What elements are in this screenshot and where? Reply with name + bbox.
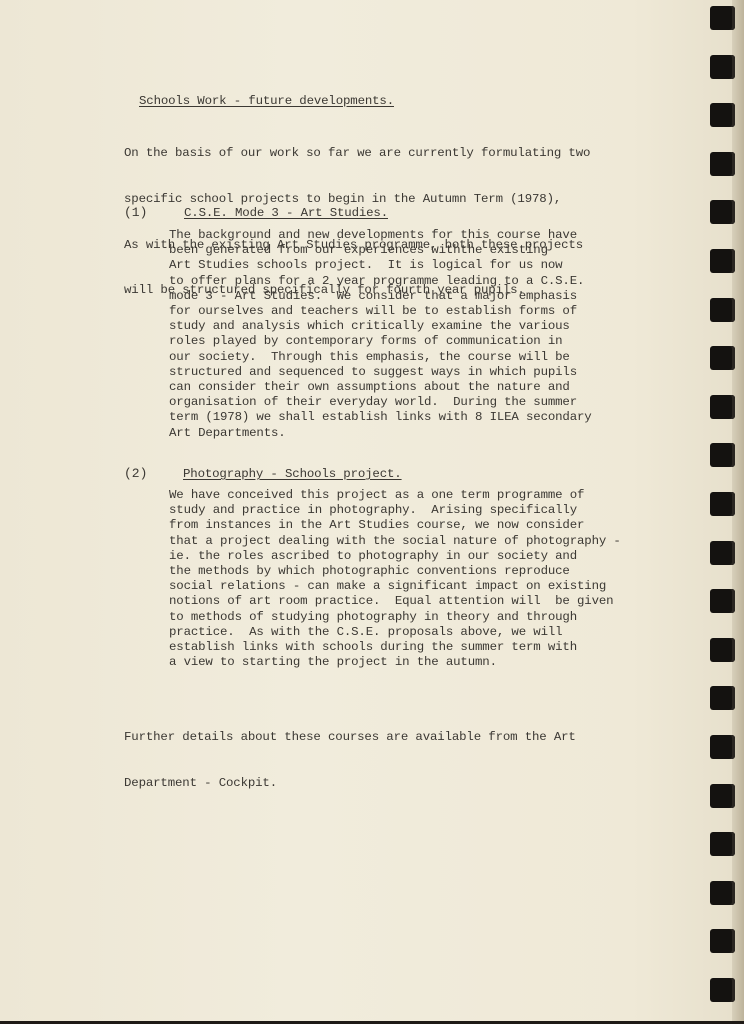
section-line: structured and sequenced to suggest ways…: [169, 365, 592, 380]
binding-hole: [710, 249, 735, 273]
binding-hole: [710, 492, 735, 516]
section-line: mode 3 - Art Studies. We consider that a…: [169, 289, 592, 304]
binding-hole: [710, 541, 735, 565]
section-line: study and analysis which critically exam…: [169, 319, 592, 334]
intro-line: specific school projects to begin in the…: [124, 192, 590, 207]
binding-hole: [710, 638, 735, 662]
section-line: organisation of their everyday world. Du…: [169, 395, 592, 410]
section-line: from instances in the Art Studies course…: [169, 518, 621, 533]
binding-hole: [710, 298, 735, 322]
section-line: notions of art room practice. Equal atte…: [169, 594, 621, 609]
binding-hole: [710, 784, 735, 808]
binding-hole: [710, 978, 735, 1002]
binding-hole: [710, 103, 735, 127]
section-title: Photography - Schools project.: [183, 467, 402, 482]
section-line: roles played by contemporary forms of co…: [169, 334, 592, 349]
section-line: to methods of studying photography in th…: [169, 610, 621, 625]
section-line: can consider their own assumptions about…: [169, 380, 592, 395]
section-line: establish links with schools during the …: [169, 640, 621, 655]
binding-hole: [710, 735, 735, 759]
section-line: practice. As with the C.S.E. proposals a…: [169, 625, 621, 640]
section-number: (2): [124, 466, 147, 481]
section-body: The background and new developments for …: [169, 228, 592, 441]
binding-hole: [710, 589, 735, 613]
section-line: a view to starting the project in the au…: [169, 655, 621, 670]
page-heading: Schools Work - future developments.: [139, 94, 394, 109]
section-line: for ourselves and teachers will be to es…: [169, 304, 592, 319]
binding-hole: [710, 686, 735, 710]
section-line: study and practice in photography. Arisi…: [169, 503, 621, 518]
binding-hole: [710, 6, 735, 30]
section-number: (1): [124, 205, 147, 220]
section-title: C.S.E. Mode 3 - Art Studies.: [184, 206, 388, 221]
binding-hole: [710, 55, 735, 79]
section-line: We have conceived this project as a one …: [169, 488, 621, 503]
section-line: Art Departments.: [169, 426, 592, 441]
section-line: to offer plans for a 2 year programme le…: [169, 274, 592, 289]
section-line: Art Studies schools project. It is logic…: [169, 258, 592, 273]
document-page: Schools Work - future developments. On t…: [0, 0, 744, 1024]
closing-paragraph: Further details about these courses are …: [124, 700, 576, 822]
section-line: that a project dealing with the social n…: [169, 534, 621, 549]
section-line: ie. the roles ascribed to photography in…: [169, 549, 621, 564]
closing-line: Department - Cockpit.: [124, 776, 576, 791]
intro-line: On the basis of our work so far we are c…: [124, 146, 590, 161]
binding-hole: [710, 346, 735, 370]
section-line: term (1978) we shall establish links wit…: [169, 410, 592, 425]
closing-line: Further details about these courses are …: [124, 730, 576, 745]
binding-hole: [710, 881, 735, 905]
section-line: social relations - can make a significan…: [169, 579, 621, 594]
section-line: the methods by which photographic conven…: [169, 564, 621, 579]
binding-hole: [710, 443, 735, 467]
section-line: The background and new developments for …: [169, 228, 592, 243]
binding-hole: [710, 929, 735, 953]
binding-hole: [710, 152, 735, 176]
section-line: been generated from our experiences with…: [169, 243, 592, 258]
binding-hole: [710, 200, 735, 224]
section-line: our society. Through this emphasis, the …: [169, 350, 592, 365]
binding-hole: [710, 832, 735, 856]
binding-hole: [710, 395, 735, 419]
section-body: We have conceived this project as a one …: [169, 488, 621, 670]
